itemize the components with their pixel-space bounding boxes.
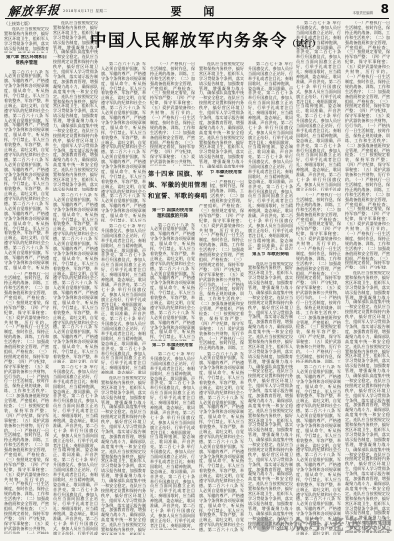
body-paragraph: 连队应当按照规定设置和保持内务秩序，搞好营区环境卫生，组织军人学习贯彻条令条例，… [199,62,244,168]
body-paragraph: 连队应当按照规定设置和保持内务秩序，搞好营区环境卫生，组织军人学习贯彻条令条例，… [4,27,49,53]
body-paragraph: 连队应当按照规定设置和保持内务秩序，搞好营区环境卫生，组织军人学习贯彻条令条例，… [101,376,146,535]
column-7: 第二百七十条 举行升国旗仪式，参加人员应当面向国旗立正站好，行举手礼或者注目礼；… [296,21,341,537]
editor-note: 本版责任编辑 [353,10,373,15]
page-number: 8 [381,2,389,16]
section-heading: 第五节 军歌的奏唱 [248,252,293,259]
body-paragraph: 第二百六十八条 军人必须自觉维护国旗、军旗、军徽的尊严，严格遵守条令条例和各项规… [53,193,98,363]
body-paragraph: （一）严格执行一日生活制度，按时作息，保持正规的战备、训练、工作和生活秩序；（二… [296,193,341,363]
section-heading: 第一节 国旗的使用管理和国旗的升降 [150,208,195,220]
body-paragraph: 第二百六十八条 军人必须自觉维护国旗、军旗、军徽的尊严，严格遵守条令条例和各项规… [4,70,49,270]
body-paragraph: 第二百七十条 举行升国旗仪式，参加人员应当面向国旗立正站好，行举手礼或者注目礼；… [150,352,195,530]
body-paragraph: （一）严格执行一日生活制度，按时作息，保持正规的战备、训练、工作和生活秩序；（二… [345,21,390,269]
body-paragraph: 连队应当按照规定设置和保持内务秩序，搞好营区环境卫生，组织军人学习贯彻条令条例，… [248,262,293,530]
body-paragraph: 第二百六十八条 军人必须自觉维护国旗、军旗、军徽的尊严，严格遵守条令条例和各项规… [101,62,146,222]
page-header: 解放军报 2018年4月17日 星期二 要 闻 本版责任编辑 8 [5,1,389,17]
watermark-logo-icon [256,517,271,532]
body-paragraph: （一）严格执行一日生活制度，按时作息，保持正规的战备、训练、工作和生活秩序；（二… [199,180,244,350]
body-paragraph: （一）严格执行一日生活制度，按时作息，保持正规的战备、训练、工作和生活秩序；（二… [150,62,195,166]
body-paragraph: 第二百七十条 举行升国旗仪式，参加人员应当面向国旗立正站好，行举手礼或者注目礼；… [101,224,146,374]
chapter-14-heading-box: 第十四章 国旗、军旗、军徽的使用管理和宣誓、军歌的奏唱 [148,169,210,204]
chapter-14-line3: 和宣誓、军歌的奏唱 [148,193,207,200]
section-title: 要 闻 [5,3,389,19]
column-5: 连队应当按照规定设置和保持内务秩序，搞好营区环境卫生，组织军人学习贯彻条令条例，… [199,62,244,537]
body-paragraph: 第二百六十八条 军人必须自觉维护国旗、军旗、军徽的尊严，严格遵守条令条例和各项规… [296,365,341,535]
body-paragraph: 连队应当按照规定设置和保持内务秩序，搞好营区环境卫生，组织军人学习贯彻条令条例，… [53,21,98,191]
watermark: 公众号·老英读史 [256,513,394,535]
body-paragraph: 第二百七十条 举行升国旗仪式，参加人员应当面向国旗立正站好，行举手礼或者注目礼；… [53,365,98,535]
header-rule [5,18,389,19]
body-paragraph: 连队应当按照规定设置和保持内务秩序，搞好营区环境卫生，组织军人学习贯彻条令条例，… [345,271,390,533]
column-3: 第二百六十八条 军人必须自觉维护国旗、军旗、军徽的尊严，严格遵守条令条例和各项规… [101,62,146,537]
column-4: （一）严格执行一日生活制度，按时作息，保持正规的战备、训练、工作和生活秩序；（二… [150,62,195,537]
body-paragraph: 第二百七十条 举行升国旗仪式，参加人员应当面向国旗立正站好，行举手礼或者注目礼；… [248,62,293,250]
body-paragraph: （一）严格执行一日生活制度，按时作息，保持正规的战备、训练、工作和生活秩序；（二… [4,272,49,534]
headline-text: 中国人民解放军内务条令 [90,31,288,50]
body-paragraph: 第二百六十八条 军人必须自觉维护国旗、军旗、军徽的尊严，严格遵守条令条例和各项规… [150,223,195,341]
column-2: 连队应当按照规定设置和保持内务秩序，搞好营区环境卫生，组织军人学习贯彻条令条例，… [53,21,98,537]
chapter-14-line1: 第十四章 国旗、 [148,171,197,178]
chapter-heading: 第六章 营区环境和日常秩序管理 [4,55,49,67]
column-8: （一）严格执行一日生活制度，按时作息，保持正规的战备、训练、工作和生活秩序；（二… [345,21,390,537]
column-6: 第二百七十条 举行升国旗仪式，参加人员应当面向国旗立正站好，行举手礼或者注目礼；… [248,62,293,537]
main-headline: 中国人民解放军内务条令（试行） [90,27,312,57]
column-1: （上接第七版） 连队应当按照规定设置和保持内务秩序，搞好营区环境卫生，组织军人学… [4,21,49,537]
watermark-label: 公众号·老英读史 [275,514,394,535]
newspaper-page: 解放军报 2018年4月17日 星期二 要 闻 本版责任编辑 8 中国人民解放军… [0,0,394,541]
body-paragraph: 第二百六十八条 军人必须自觉维护国旗、军旗、军徽的尊严，严格遵守条令条例和各项规… [199,352,244,532]
body-paragraph: 第二百七十条 举行升国旗仪式，参加人员应当面向国旗立正站好，行举手礼或者注目礼；… [296,21,341,191]
section-heading: 第二节 军旗的使用管理 [150,343,195,350]
